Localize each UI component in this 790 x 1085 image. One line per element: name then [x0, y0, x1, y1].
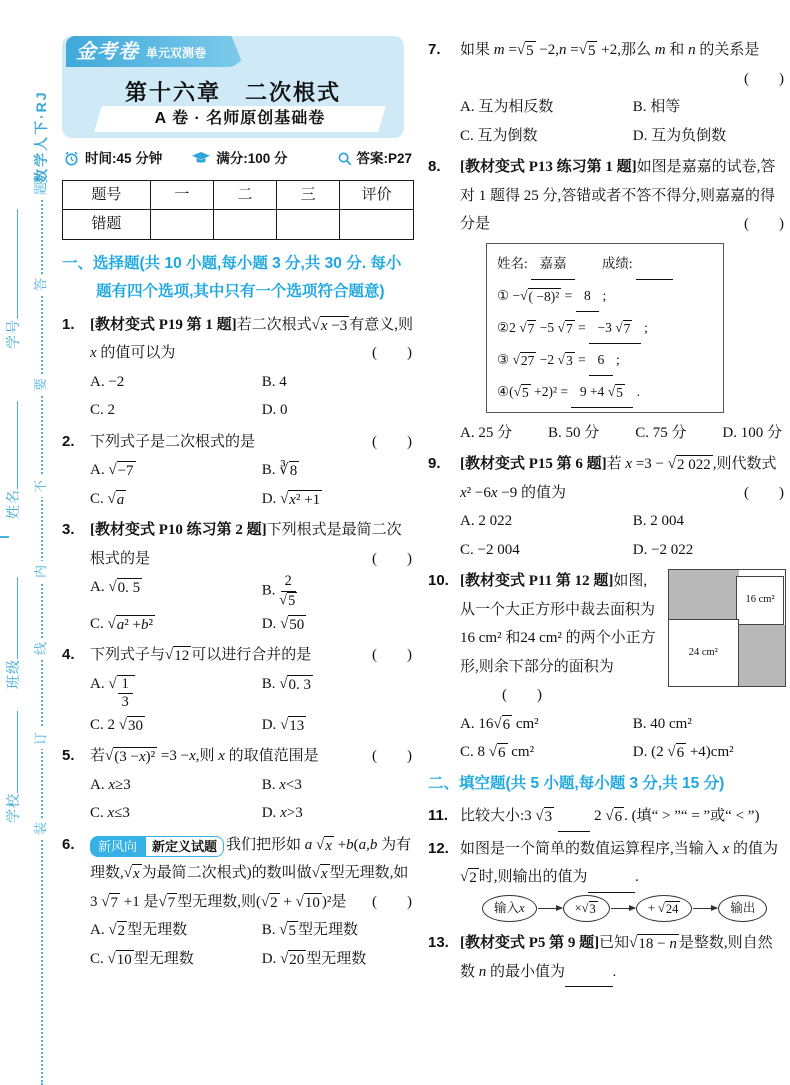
question-stem: [教材变式 P15 第 6 题]若 x =3 − √2 022,则代数式 x² …	[460, 450, 786, 507]
right-column: 7. 如果 m =√5 −2,n =√5 +2,那么 m 和 n 的关系是 ( …	[428, 36, 786, 990]
question-6: 6. 新风向新定义试题我们把形如 a √x +b(a,b 为有理数,√x为最简二…	[62, 831, 414, 974]
option: D. 互为负倒数	[633, 122, 786, 151]
option: C. x≤3	[90, 799, 262, 828]
option: A. 2 022	[460, 507, 633, 536]
options: A. 16√6 cm² B. 40 cm² C. 8 √6 cm² D. (2 …	[460, 710, 786, 767]
question-number: 5.	[62, 742, 90, 828]
option: C. −2 004	[460, 536, 633, 565]
question-number: 11.	[428, 802, 460, 832]
option: C. √a	[90, 485, 262, 514]
question-number: 13.	[428, 929, 460, 987]
answer-paren: ( )	[744, 210, 784, 239]
question-stem: [教材变式 P5 第 9 题]已知√18 − n是整数,则自然数 n 的最小值为…	[460, 929, 786, 987]
options: A. 互为相反数 B. 相等 C. 互为倒数 D. 互为负倒数	[460, 93, 786, 150]
question-1: 1. [教材变式 P19 第 1 题]若二次根式√x −3有意义,则 x 的值可…	[62, 311, 414, 425]
section-1-line2: 题有四个选项,其中只有一个选项符合题意)	[62, 278, 414, 307]
answer-paren: ( )	[372, 545, 412, 574]
question-tag: [教材变式 P15 第 6 题]	[460, 456, 607, 472]
card-item: ① −√( −8)² = 8 ;	[497, 280, 713, 312]
square-16: 16 cm²	[736, 576, 784, 625]
answer-paren: ( )	[372, 742, 412, 771]
flow-node-add: + √24	[636, 895, 693, 922]
question-number: 1.	[62, 311, 90, 425]
gray-region-top-left	[669, 570, 739, 619]
question-12: 12. 如图是一个简单的数值运算程序,当输入 x 的值为√2时,则输出的值为 .…	[428, 835, 786, 926]
meta-answer: 答案:P27	[356, 146, 412, 172]
test-sheet-card: 姓名: 嘉嘉 成绩: ① −√( −8)² = 8 ; ②2 √7 −5 √7 …	[486, 243, 724, 413]
question-number: 7.	[428, 36, 460, 150]
question-tag: [教材变式 P13 练习第 1 题]	[460, 159, 637, 175]
options: A. √−7 B. ∛8 C. √a D. √x² +1	[90, 456, 414, 513]
question-7: 7. 如果 m =√5 −2,n =√5 +2,那么 m 和 n 的关系是 ( …	[428, 36, 786, 150]
question-stem: [教材变式 P10 练习第 2 题]下列根式是最简二次根式的是 ( )	[90, 516, 414, 573]
question-11: 11. 比较大小:3 √3 2 √6. (填“ > ”“ = ”或“ < ”)	[428, 802, 786, 832]
answer-paren: ( )	[372, 641, 412, 670]
option: A. x≥3	[90, 771, 262, 800]
badge-new-trend: 新风向	[90, 836, 145, 858]
binding-line: 装 订 线 内 不 要 答 题 数学人下·RJ	[30, 0, 52, 1085]
magnifier-icon	[338, 152, 352, 166]
section-2-text: 二、填空题(共 5 小题,每小题 3 分,共 15 分)	[428, 775, 724, 792]
options: A. √13 B. √0. 3 C. 2 √30 D. √13	[90, 670, 414, 740]
field-school: 学校	[4, 711, 25, 823]
question-badges: 新风向新定义试题	[90, 836, 224, 858]
field-class: 班级	[4, 577, 25, 689]
question-3: 3. [教材变式 P10 练习第 2 题]下列根式是最简二次根式的是 ( ) A…	[62, 516, 414, 638]
graduation-cap-icon	[192, 152, 210, 165]
question-number: 8.	[428, 153, 460, 447]
option: A. √−7	[90, 456, 262, 485]
option: C. 2 √30	[90, 711, 262, 740]
flowchart: 输入x ×√3 + √24 输出	[482, 895, 786, 922]
question-8: 8. [教材变式 P13 练习第 1 题]如图是嘉嘉的试卷,答对 1 题得 25…	[428, 153, 786, 447]
binding-char: 内	[30, 561, 52, 582]
score-cell-empty	[340, 210, 414, 240]
brand-tab: 金考卷 单元双测卷	[66, 36, 244, 67]
answer-paren: ( )	[744, 71, 784, 87]
score-cell-empty	[150, 210, 213, 240]
card-item: ②2 √7 −5 √7 = −3 √7 ;	[497, 312, 713, 344]
paper-title-ribbon: A 卷 · 名师原创基础卷	[94, 106, 385, 132]
meta-row: 时间:45 分钟 满分:100 分 答案:P27	[64, 146, 412, 172]
flow-node-multiply: ×√3	[563, 895, 610, 922]
binding-char: 不	[30, 476, 52, 497]
option: A. √0. 5	[90, 573, 262, 609]
score-table-row: 错题	[63, 210, 414, 240]
meta-score: 满分:100 分	[216, 146, 287, 172]
question-tag: [教材变式 P11 第 12 题]	[460, 573, 613, 589]
options: A. √0. 5 B. 2√5 C. √a² +b² D. √50	[90, 573, 414, 638]
option: D. x>3	[262, 799, 414, 828]
question-13: 13. [教材变式 P5 第 9 题]已知√18 − n是整数,则自然数 n 的…	[428, 929, 786, 987]
option: B. √0. 3	[262, 670, 414, 711]
option: B. 50 分	[548, 419, 599, 448]
question-number: 2.	[62, 428, 90, 514]
option: B. 40 cm²	[633, 710, 786, 739]
answer-paren: ( )	[372, 428, 412, 457]
question-number: 12.	[428, 835, 460, 926]
section-2-title: 二、填空题(共 5 小题,每小题 3 分,共 15 分)	[428, 770, 786, 799]
option: C. 2	[90, 396, 262, 425]
question-10: 10. 16 cm² 24 cm² [教材变式 P11 第 12 题]如图,从一…	[428, 567, 786, 767]
question-9: 9. [教材变式 P15 第 6 题]若 x =3 − √2 022,则代数式 …	[428, 450, 786, 564]
question-tag: [教材变式 P10 练习第 2 题]	[90, 522, 267, 538]
option: A. √13	[90, 670, 262, 711]
binding-char: 答	[30, 274, 52, 295]
question-stem: 若√(3 −x)² =3 −x,则 x 的取值范围是 ( )	[90, 742, 414, 771]
option: C. 75 分	[635, 419, 686, 448]
score-cell-empty	[213, 210, 276, 240]
option: A. 互为相反数	[460, 93, 633, 122]
option: B. 2 004	[633, 507, 786, 536]
arrow-icon	[693, 908, 717, 909]
binding-char: 要	[30, 374, 52, 395]
flow-node-input: 输入x	[482, 895, 537, 922]
question-stem: 新风向新定义试题我们把形如 a √x +b(a,b 为有理数,√x为最简二次根式…	[90, 831, 414, 917]
option: A. −2	[90, 368, 262, 397]
options: A. 25 分 B. 50 分 C. 75 分 D. 100 分	[460, 419, 786, 448]
binding-char: 线	[30, 638, 52, 659]
brand-logo: 金考卷	[76, 33, 139, 71]
score-cell: 一	[150, 180, 213, 210]
option: C. √a² +b²	[90, 610, 262, 639]
option: D. √13	[262, 711, 414, 740]
option: B. √5型无理数	[262, 916, 414, 945]
options: A. x≥3 B. x<3 C. x≤3 D. x>3	[90, 771, 414, 828]
field-blank-line	[5, 577, 18, 659]
answer-paren: ( )	[372, 888, 412, 917]
exam-page: 装 订 线 内 不 要 答 题 数学人下·RJ 学校 班级 姓名 学号 金考卷 …	[0, 0, 790, 1085]
option: B. x<3	[262, 771, 414, 800]
question-tag: [教材变式 P19 第 1 题]	[90, 317, 237, 333]
field-label: 姓名	[7, 489, 22, 519]
score-cell: 评价	[340, 180, 414, 210]
meta-time: 时间:45 分钟	[85, 146, 162, 172]
stem-text: 下列式子与√12可以进行合并的是	[90, 647, 311, 663]
gray-region-bottom-right	[737, 625, 785, 686]
option: D. (2 √6 +4)cm²	[633, 738, 786, 767]
answer-paren: ( )	[372, 339, 412, 368]
brand-subtitle: 单元双测卷	[146, 39, 206, 65]
card-item: ③ √27 −2 √3 = 6 ;	[497, 344, 713, 376]
option: D. −2 022	[633, 536, 786, 565]
flow-node-output: 输出	[718, 895, 767, 922]
option: C. √10型无理数	[90, 945, 262, 974]
field-label: 学校	[7, 793, 22, 823]
option: D. √x² +1	[262, 485, 414, 514]
field-student-no: 学号	[4, 209, 25, 349]
field-blank-line	[5, 711, 18, 793]
options: A. 2 022 B. 2 004 C. −2 004 D. −2 022	[460, 507, 786, 564]
answer-paren-line: ( )	[460, 65, 786, 94]
field-name: 姓名	[4, 401, 25, 519]
left-column: 金考卷 单元双测卷 第十六章 二次根式 A 卷 · 名师原创基础卷 时间:45 …	[62, 36, 414, 976]
stem-text: 如图是一个简单的数值运算程序,当输入 x 的值为√2时,则输出的值为 .	[460, 841, 778, 886]
section-1-title: 一、选择题(共 10 小题,每小题 3 分,共 30 分. 每小 题有四个选项,…	[62, 250, 414, 307]
option: B. 4	[262, 368, 414, 397]
question-5: 5. 若√(3 −x)² =3 −x,则 x 的取值范围是 ( ) A. x≥3…	[62, 742, 414, 828]
question-stem: [教材变式 P13 练习第 1 题]如图是嘉嘉的试卷,答对 1 题得 25 分,…	[460, 153, 786, 239]
option: A. 16√6 cm²	[460, 710, 633, 739]
question-stem: 下列式子与√12可以进行合并的是 ( )	[90, 641, 414, 670]
field-blank-line	[5, 209, 18, 319]
square-figure: 16 cm² 24 cm²	[668, 569, 786, 687]
score-cell-empty	[277, 210, 340, 240]
field-blank-line	[5, 401, 18, 489]
badge-new-definition: 新定义试题	[145, 836, 224, 858]
arrow-icon	[611, 908, 635, 909]
question-stem: 下列式子是二次根式的是 ( )	[90, 428, 414, 457]
question-number: 9.	[428, 450, 460, 564]
series-label: 数学人下·RJ	[30, 90, 52, 183]
option: D. √50	[262, 610, 414, 639]
binding-char: 订	[30, 728, 52, 749]
option: A. 25 分	[460, 419, 512, 448]
card-item: ④(√5 +2)² = 9 +4 √5 .	[497, 376, 713, 408]
card-name-line: 姓名: 嘉嘉 成绩:	[497, 248, 713, 280]
question-number: 6.	[62, 831, 90, 974]
score-cell: 二	[213, 180, 276, 210]
option: B. 相等	[633, 93, 786, 122]
clock-icon	[64, 151, 79, 166]
answer-paren: ( )	[502, 687, 542, 703]
question-number: 10.	[428, 567, 460, 767]
student-fields-strip: 学校 班级 姓名 学号	[4, 0, 24, 1085]
answer-paren: ( )	[744, 479, 784, 508]
question-stem: 如果 m =√5 −2,n =√5 +2,那么 m 和 n 的关系是	[460, 36, 786, 65]
question-number: 4.	[62, 641, 90, 739]
question-stem: 如图是一个简单的数值运算程序,当输入 x 的值为√2时,则输出的值为 .	[460, 835, 786, 893]
arrow-icon	[538, 908, 562, 909]
score-cell: 三	[277, 180, 340, 210]
stem-text: 下列式子是二次根式的是	[90, 434, 255, 450]
question-stem: 比较大小:3 √3 2 √6. (填“ > ”“ = ”或“ < ”)	[460, 802, 786, 832]
section-1-line1: 一、选择题(共 10 小题,每小题 3 分,共 30 分. 每小	[62, 255, 401, 272]
question-4: 4. 下列式子与√12可以进行合并的是 ( ) A. √13 B. √0. 3 …	[62, 641, 414, 739]
square-24: 24 cm²	[669, 619, 739, 686]
paper-header: 金考卷 单元双测卷 第十六章 二次根式 A 卷 · 名师原创基础卷	[62, 36, 404, 138]
stem-text: 如果 m =√5 −2,n =√5 +2,那么 m 和 n 的关系是	[460, 42, 759, 58]
option: C. 8 √6 cm²	[460, 738, 633, 767]
score-table-header-row: 题号 一 二 三 评价	[63, 180, 414, 210]
question-number: 3.	[62, 516, 90, 638]
binding-char: 装	[30, 818, 52, 839]
option: A. √2型无理数	[90, 916, 262, 945]
score-cell: 错题	[63, 210, 151, 240]
field-label: 学号	[7, 319, 22, 349]
score-cell: 题号	[63, 180, 151, 210]
question-tag: [教材变式 P5 第 9 题]	[460, 935, 599, 951]
stem-text: 若√(3 −x)² =3 −x,则 x 的取值范围是	[90, 748, 319, 764]
option: D. 0	[262, 396, 414, 425]
question-stem: 16 cm² 24 cm² [教材变式 P11 第 12 题]如图,从一个大正方…	[460, 567, 786, 710]
score-table: 题号 一 二 三 评价 错题	[62, 180, 414, 240]
option: B. 2√5	[262, 573, 414, 609]
fold-mark	[0, 536, 9, 538]
options: A. −2 B. 4 C. 2 D. 0	[90, 368, 414, 425]
option: D. 100 分	[722, 419, 782, 448]
option: C. 互为倒数	[460, 122, 633, 151]
question-stem: [教材变式 P19 第 1 题]若二次根式√x −3有意义,则 x 的值可以为 …	[90, 311, 414, 368]
options: A. √2型无理数 B. √5型无理数 C. √10型无理数 D. √20型无理…	[90, 916, 414, 973]
question-2: 2. 下列式子是二次根式的是 ( ) A. √−7 B. ∛8 C. √a D.…	[62, 428, 414, 514]
field-label: 班级	[7, 659, 22, 689]
paper-title: A 卷 · 名师原创基础卷	[98, 106, 382, 132]
option: B. ∛8	[262, 456, 414, 485]
option: D. √20型无理数	[262, 945, 414, 974]
stem-text: 比较大小:3 √3 2 √6. (填“ > ”“ = ”或“ < ”)	[460, 808, 759, 824]
